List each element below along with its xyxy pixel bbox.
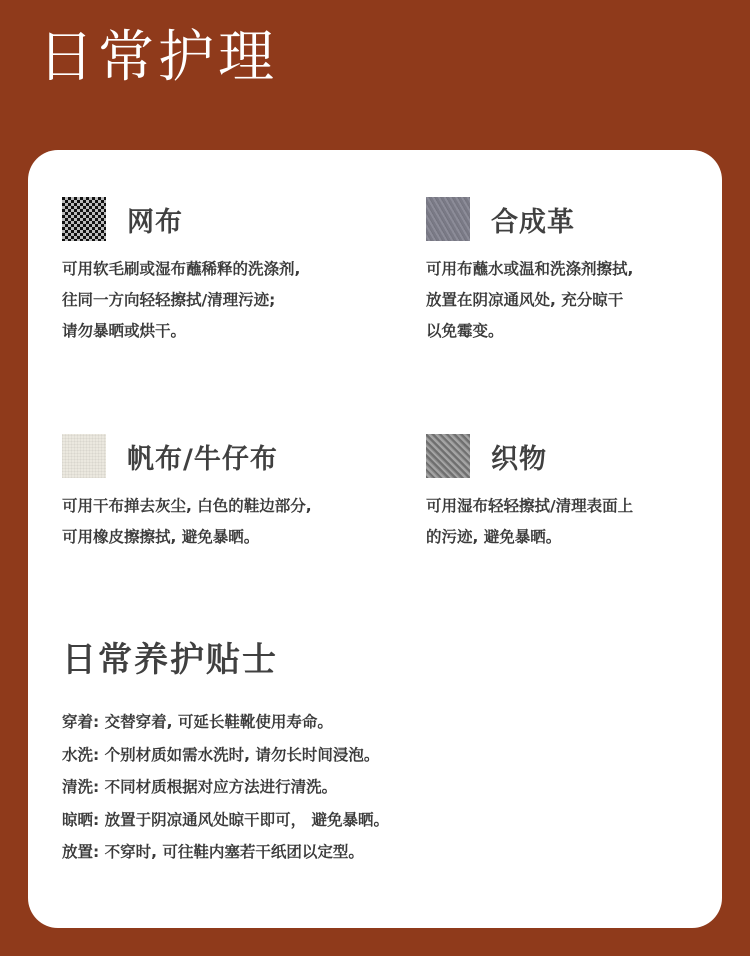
material-header: 帆布/牛仔布 (62, 433, 362, 479)
page-title: 日常护理 (38, 22, 278, 94)
tips-title: 日常养护贴士 (62, 632, 278, 681)
tip-text: 个别材质如需水洗时, 请勿长时间浸泡。 (105, 746, 380, 764)
material-description: 可用干布掸去灰尘, 白色的鞋边部分, 可用橡皮擦擦拭, 避免暴晒。 (62, 491, 362, 553)
material-header: 网布 (62, 196, 362, 242)
tip-item: 水洗个别材质如需水洗时, 请勿长时间浸泡。 (62, 739, 389, 772)
material-description: 可用布蘸水或温和洗涤剂擦拭, 放置在阴凉通风处, 充分晾干 以免霉变。 (426, 254, 726, 347)
tip-item: 清洗不同材质根据对应方法进行清洗。 (62, 771, 389, 804)
tip-text: 不穿时, 可往鞋内塞若干纸团以定型。 (105, 843, 364, 861)
material-description: 可用湿布轻轻擦拭/清理表面上 的污迹, 避免暴晒。 (426, 491, 726, 553)
tip-item: 穿着交替穿着, 可延长鞋靴使用寿命。 (62, 706, 389, 739)
material-canvas-denim: 帆布/牛仔布 可用干布掸去灰尘, 白色的鞋边部分, 可用橡皮擦擦拭, 避免暴晒。 (62, 433, 362, 553)
synthetic-leather-swatch-icon (426, 197, 470, 241)
mesh-fabric-swatch-icon (62, 197, 106, 241)
material-name: 帆布/牛仔布 (127, 437, 278, 476)
tip-item: 晾晒放置于阴凉通风处晾干即可， 避免暴晒。 (62, 804, 389, 837)
material-woven-fabric: 织物 可用湿布轻轻擦拭/清理表面上 的污迹, 避免暴晒。 (426, 433, 726, 553)
tip-label: 水洗 (62, 746, 105, 764)
tip-text: 不同材质根据对应方法进行清洗。 (105, 778, 338, 796)
care-card: 网布 可用软毛刷或湿布蘸稀释的洗涤剂, 往同一方向轻轻擦拭/清理污迹; 请勿暴晒… (28, 150, 722, 928)
material-header: 织物 (426, 433, 726, 479)
material-mesh: 网布 可用软毛刷或湿布蘸稀释的洗涤剂, 往同一方向轻轻擦拭/清理污迹; 请勿暴晒… (62, 196, 362, 347)
woven-fabric-swatch-icon (426, 434, 470, 478)
material-name: 织物 (491, 437, 547, 476)
tip-label: 清洗 (62, 778, 105, 796)
tip-text: 交替穿着, 可延长鞋靴使用寿命。 (105, 713, 333, 731)
tips-list: 穿着交替穿着, 可延长鞋靴使用寿命。 水洗个别材质如需水洗时, 请勿长时间浸泡。… (62, 706, 389, 869)
tip-text: 放置于阴凉通风处晾干即可， 避免暴晒。 (105, 811, 389, 829)
canvas-denim-swatch-icon (62, 434, 106, 478)
tip-label: 晾晒 (62, 811, 105, 829)
tip-item: 放置不穿时, 可往鞋内塞若干纸团以定型。 (62, 836, 389, 869)
material-description: 可用软毛刷或湿布蘸稀释的洗涤剂, 往同一方向轻轻擦拭/清理污迹; 请勿暴晒或烘干… (62, 254, 362, 347)
material-name: 网布 (127, 200, 183, 239)
material-synthetic-leather: 合成革 可用布蘸水或温和洗涤剂擦拭, 放置在阴凉通风处, 充分晾干 以免霉变。 (426, 196, 726, 347)
tip-label: 穿着 (62, 713, 105, 731)
tip-label: 放置 (62, 843, 105, 861)
material-header: 合成革 (426, 196, 726, 242)
material-name: 合成革 (491, 200, 575, 239)
